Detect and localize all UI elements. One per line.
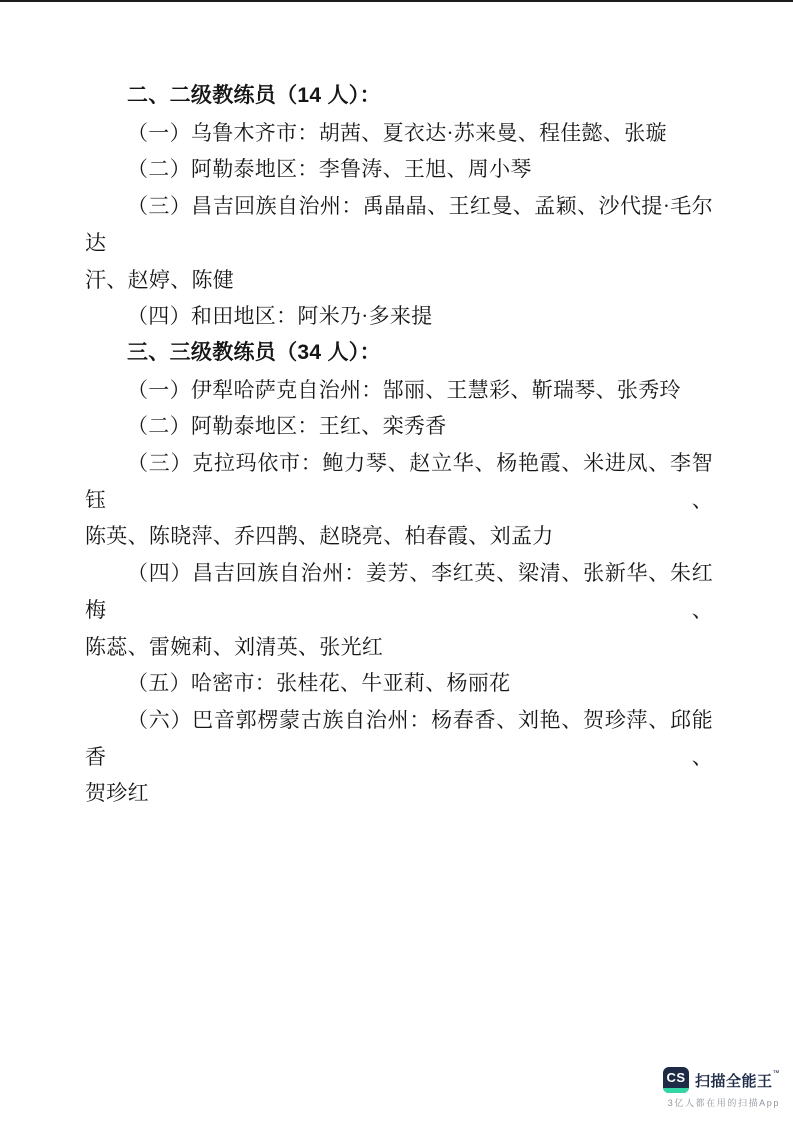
text-line: （一）伊犁哈萨克自治州：郜丽、王慧彩、靳瑞琴、张秀玲 bbox=[85, 372, 713, 409]
watermark-brand-text: 扫描全能王™ bbox=[695, 1070, 780, 1091]
text-line: （四）和田地区：阿米乃·多来提 bbox=[85, 298, 713, 335]
text-line: （三）克拉玛依市：鲍力琴、赵立华、杨艳霞、米进凤、李智钰、 bbox=[85, 445, 713, 518]
text-line: （五）哈密市：张桂花、牛亚莉、杨丽花 bbox=[85, 665, 713, 702]
scanned-document-page: 二、二级教练员（14 人）：（一）乌鲁木齐市：胡茜、夏衣达·苏来曼、程佳懿、张璇… bbox=[0, 0, 793, 1122]
paragraph: （三）克拉玛依市：鲍力琴、赵立华、杨艳霞、米进凤、李智钰、陈英、陈晓萍、乔四鹊、… bbox=[85, 445, 713, 555]
text-line: （二）阿勒泰地区：王红、栾秀香 bbox=[85, 408, 713, 445]
section-heading: 二、二级教练员（14 人）： bbox=[85, 78, 713, 115]
text-line: 贺珍红 bbox=[85, 775, 713, 812]
section-heading: 三、三级教练员（34 人）： bbox=[85, 335, 713, 372]
paragraph: （一）伊犁哈萨克自治州：郜丽、王慧彩、靳瑞琴、张秀玲 bbox=[85, 372, 713, 409]
paragraph: （一）乌鲁木齐市：胡茜、夏衣达·苏来曼、程佳懿、张璇 bbox=[85, 115, 713, 152]
watermark-tagline: 3亿人都在用的扫描App bbox=[668, 1096, 780, 1109]
camscanner-logo-row: CS 扫描全能王™ bbox=[663, 1067, 780, 1093]
paragraph: （五）哈密市：张桂花、牛亚莉、杨丽花 bbox=[85, 665, 713, 702]
text-line: （三）昌吉回族自治州：禹晶晶、王红曼、孟颖、沙代提·毛尔达 bbox=[85, 188, 713, 261]
text-line: （二）阿勒泰地区：李鲁涛、王旭、周小琴 bbox=[85, 151, 713, 188]
text-line: （六）巴音郭楞蒙古族自治州：杨春香、刘艳、贺珍萍、邱能香、 bbox=[85, 702, 713, 775]
text-line: （四）昌吉回族自治州：姜芳、李红英、梁清、张新华、朱红梅、 bbox=[85, 555, 713, 628]
paragraph: （二）阿勒泰地区：李鲁涛、王旭、周小琴 bbox=[85, 151, 713, 188]
paragraph: （三）昌吉回族自治州：禹晶晶、王红曼、孟颖、沙代提·毛尔达汗、赵婷、陈健 bbox=[85, 188, 713, 298]
text-line: 汗、赵婷、陈健 bbox=[85, 262, 713, 299]
paragraph: （六）巴音郭楞蒙古族自治州：杨春香、刘艳、贺珍萍、邱能香、贺珍红 bbox=[85, 702, 713, 812]
camscanner-cs-icon: CS bbox=[663, 1067, 689, 1093]
brand-name: 扫描全能王 bbox=[695, 1073, 773, 1090]
camscanner-watermark: CS 扫描全能王™ 3亿人都在用的扫描App bbox=[663, 1067, 780, 1109]
trademark-symbol: ™ bbox=[773, 1070, 781, 1077]
text-line: 二、二级教练员（14 人）： bbox=[85, 78, 713, 115]
text-line: 三、三级教练员（34 人）： bbox=[85, 335, 713, 372]
paragraph: （二）阿勒泰地区：王红、栾秀香 bbox=[85, 408, 713, 445]
paragraph: （四）和田地区：阿米乃·多来提 bbox=[85, 298, 713, 335]
text-line: 陈蕊、雷婉莉、刘清英、张光红 bbox=[85, 629, 713, 666]
document-body: 二、二级教练员（14 人）：（一）乌鲁木齐市：胡茜、夏衣达·苏来曼、程佳懿、张璇… bbox=[85, 78, 713, 812]
text-line: （一）乌鲁木齐市：胡茜、夏衣达·苏来曼、程佳懿、张璇 bbox=[85, 115, 713, 152]
text-line: 陈英、陈晓萍、乔四鹊、赵晓亮、柏春霞、刘孟力 bbox=[85, 518, 713, 555]
cs-icon-accent-bar bbox=[663, 1088, 689, 1093]
paragraph: （四）昌吉回族自治州：姜芳、李红英、梁清、张新华、朱红梅、陈蕊、雷婉莉、刘清英、… bbox=[85, 555, 713, 665]
cs-icon-letters: CS bbox=[663, 1067, 689, 1088]
scan-edge-artifact bbox=[0, 0, 793, 2]
